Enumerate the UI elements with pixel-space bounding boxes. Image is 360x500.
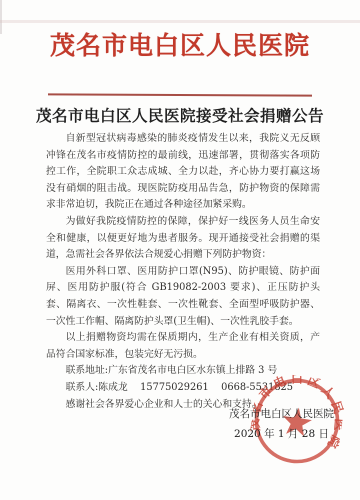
paragraph-quality-requirements: 以上捐赠物资均需在保质期内，生产企业有相关资质，产品符合国家标准，包装完好无污损…: [46, 330, 320, 363]
scan-edge-artifact: [0, 0, 2, 34]
notice-body: 自新型冠状病毒感染的肺炎疫情发生以来，我院义无反顾冲锋在茂名市疫情防控的最前线，…: [46, 131, 320, 413]
scanned-notice-page: 茂名市电白区人民医院 茂名市电白区人民医院接受社会捐赠公告 自新型冠状病毒感染的…: [0, 0, 360, 500]
signature-block: 茂名市电白区人民医院 2020 年 1 月 28 日: [229, 404, 334, 444]
paragraph-epidemic-intro: 自新型冠状病毒感染的肺炎疫情发生以来，我院义无反顾冲锋在茂名市疫情防控的最前线，…: [46, 131, 320, 214]
signature-date: 2020 年 1 月 28 日: [229, 424, 334, 444]
paragraph-donation-channel: 为做好我院疫情防控的保障，保护好一线医务人员生命安全和健康，以便更好地为患者服务…: [46, 214, 320, 264]
red-divider-line: [48, 93, 312, 96]
notice-title: 茂名市电白区人民医院接受社会捐赠公告: [0, 104, 360, 126]
signature-org: 茂名市电白区人民医院: [229, 404, 334, 424]
hospital-name-header: 茂名市电白区人民医院: [0, 30, 360, 62]
paragraph-supplies-list: 医用外科口罩、医用防护口罩(N95)、防护眼镜、防护面屏、医用防护服(符合 GB…: [46, 264, 320, 330]
scan-artifact-band: [0, 20, 360, 23]
